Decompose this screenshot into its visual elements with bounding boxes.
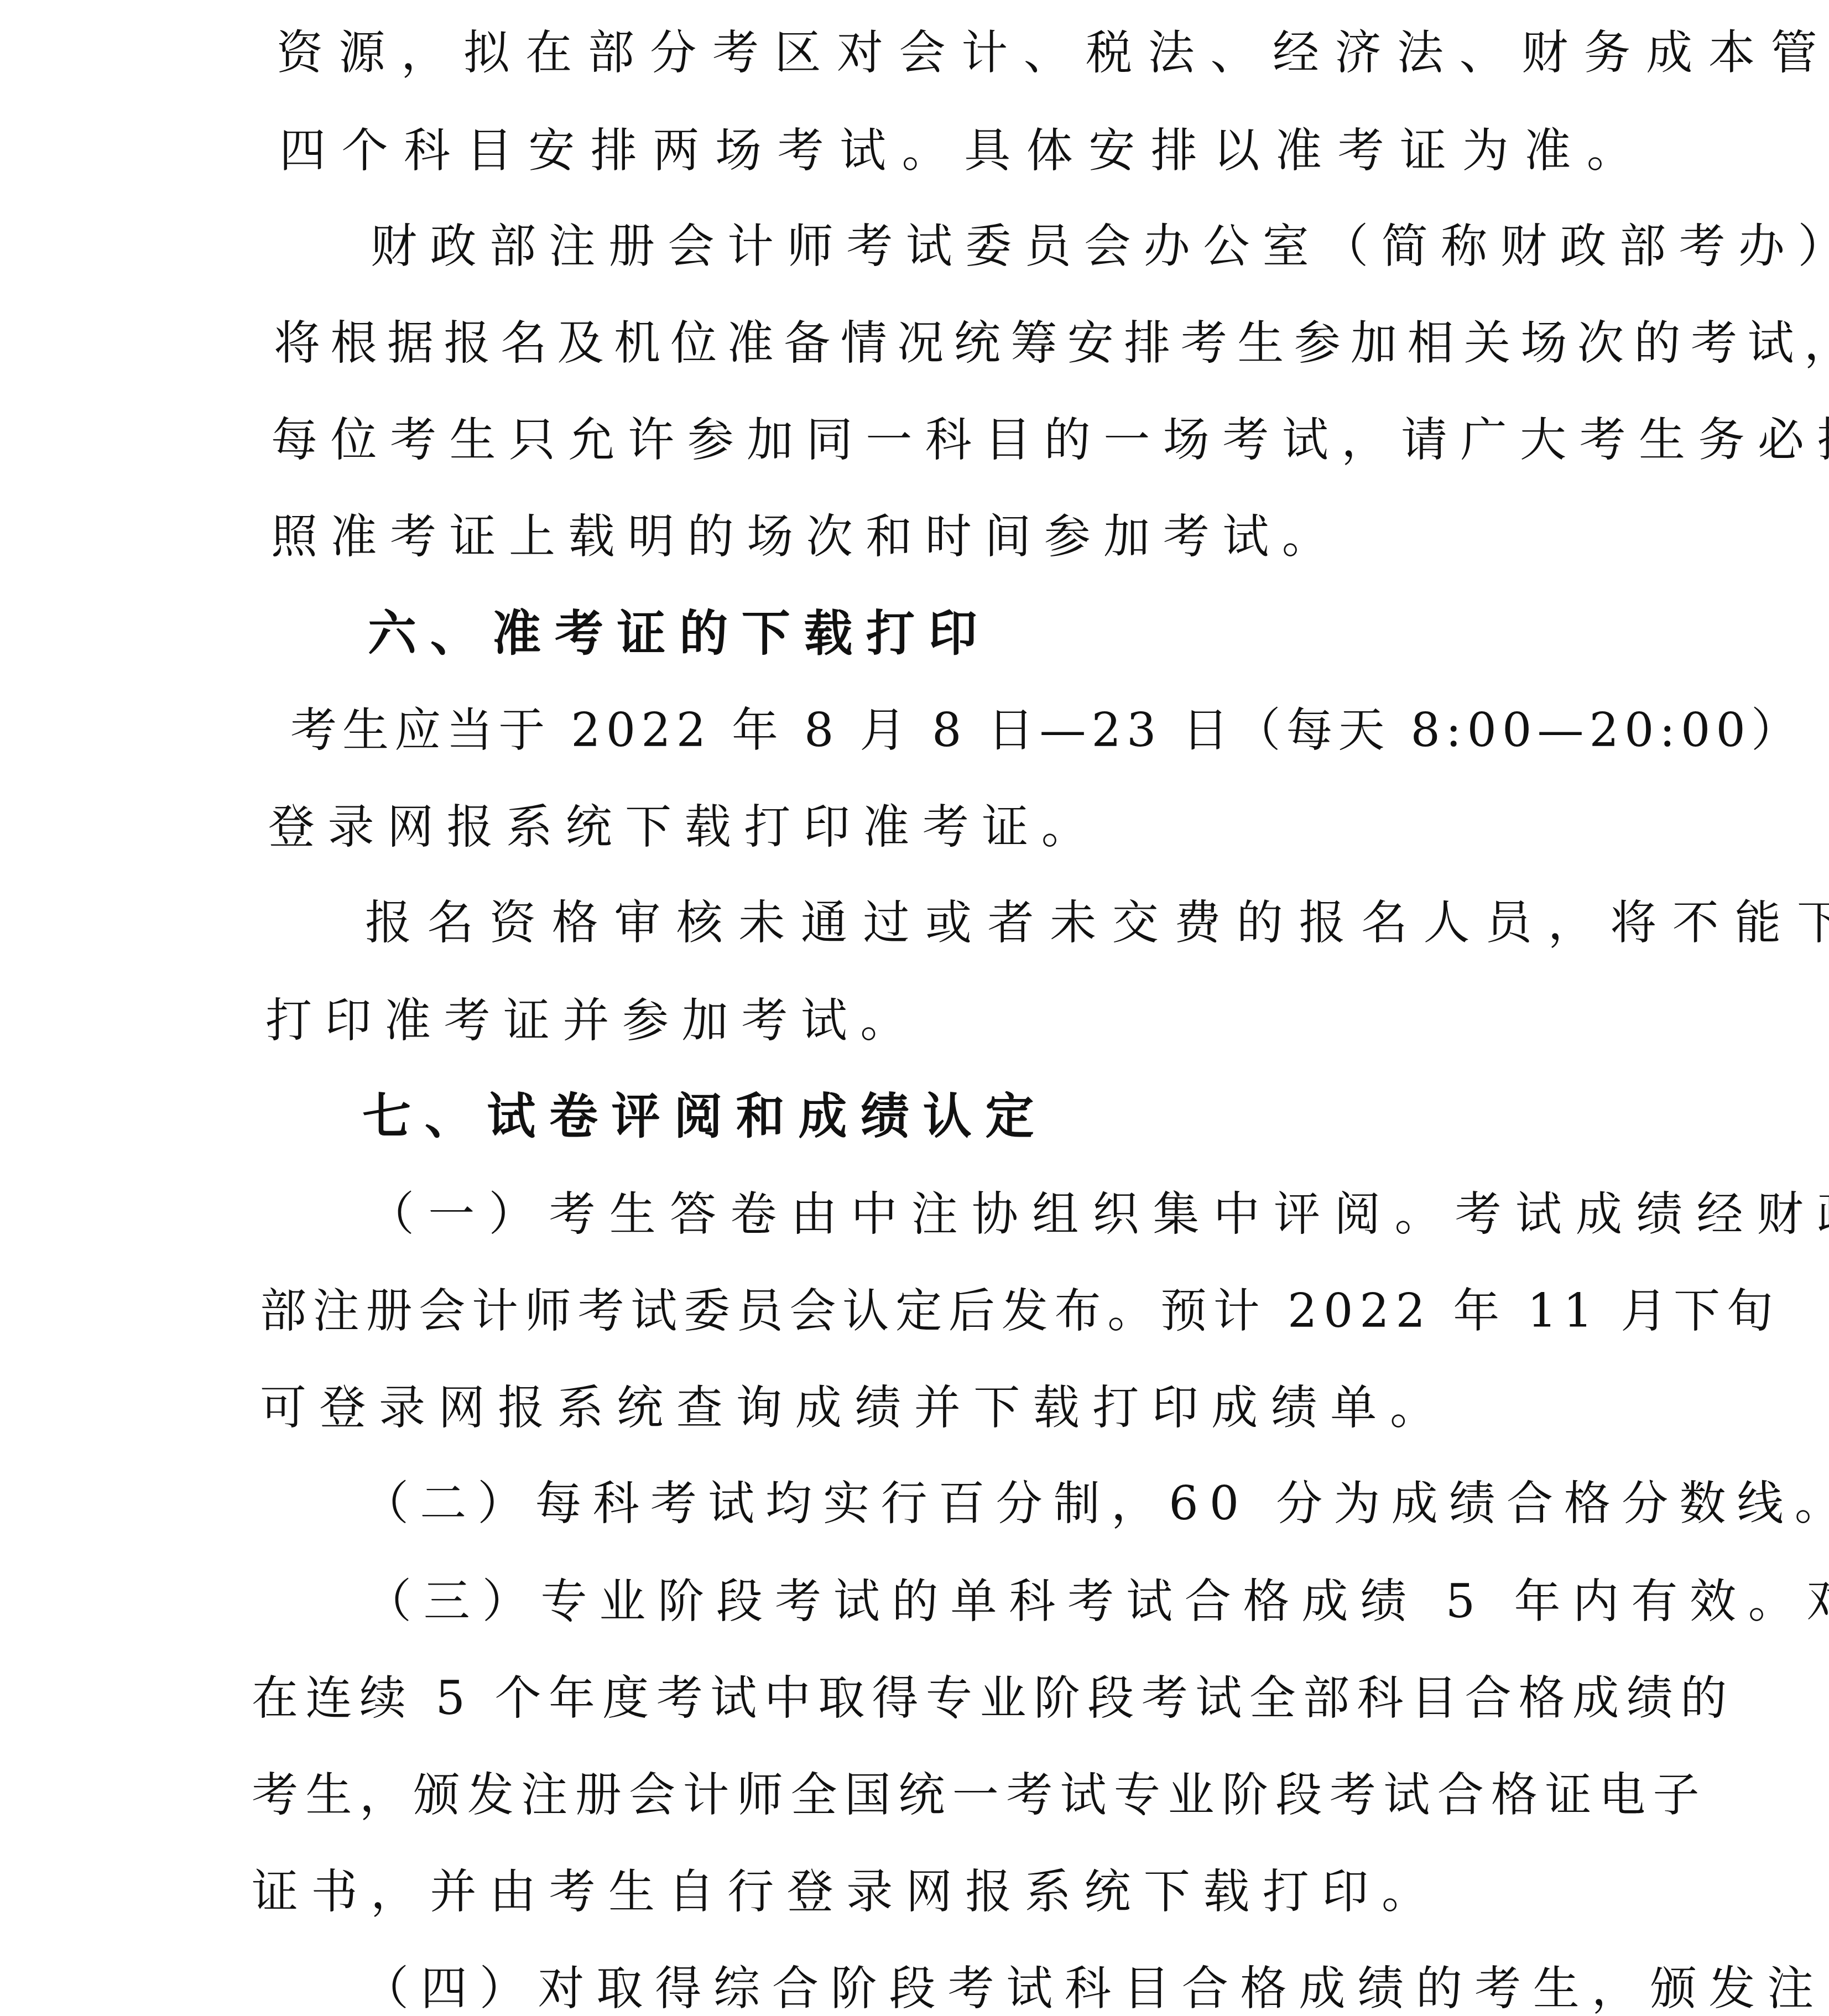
- paragraph-line: 可登录网报系统查询成绩并下载打印成绩单。: [260, 1380, 1449, 1435]
- paragraph-line: 在连续 5 个年度考试中取得专业阶段考试全部科目合格成绩的: [252, 1670, 1734, 1726]
- paragraph-line: （一）考生答卷由中注协组织集中评阅。考试成绩经财政: [368, 1186, 1829, 1242]
- paragraph-line: 四个科目安排两场考试。具体安排以准考证为准。: [279, 123, 1649, 178]
- section-heading-7: 七、试卷评阅和成绩认定: [362, 1088, 1048, 1144]
- paragraph-line: 报名资格审核未通过或者未交费的报名人员，将不能下载: [365, 895, 1829, 950]
- paragraph-line: 打印准考证并参加考试。: [265, 993, 920, 1048]
- section-heading-6: 六、准考证的下载打印: [368, 606, 991, 661]
- paragraph-line: 将根据报名及机位准备情况统筹安排考生参加相关场次的考试，: [274, 315, 1829, 371]
- document-page: 资源，拟在部分考区对会计、税法、经济法、财务成本管理等 四个科目安排两场考试。具…: [0, 0, 1829, 2016]
- paragraph-line: 每位考生只允许参加同一科目的一场考试，请广大考生务必按: [271, 412, 1829, 467]
- paragraph-line: 证书，并由考生自行登录网报系统下载打印。: [252, 1864, 1441, 1919]
- paragraph-line: 资源，拟在部分考区对会计、税法、经济法、财务成本管理等: [277, 25, 1829, 80]
- paragraph-line: 登录网报系统下载打印准考证。: [268, 799, 1101, 855]
- paragraph-line: （二）每科考试均实行百分制，60 分为成绩合格分数线。: [362, 1476, 1829, 1531]
- paragraph-line: 部注册会计师考试委员会认定后发布。预计 2022 年 11 月下旬: [260, 1283, 1780, 1338]
- paragraph-line: 财政部注册会计师考试委员会办公室（简称财政部考办）: [371, 218, 1829, 274]
- paragraph-line: 考生应当于 2022 年 8 月 8 日—23 日（每天 8:00—20:00）: [290, 702, 1803, 758]
- paragraph-line: 考生，颁发注册会计师全国统一考试专业阶段考试合格证电子: [252, 1767, 1707, 1822]
- paragraph-line: （三）专业阶段考试的单科考试合格成绩 5 年内有效。对: [365, 1574, 1829, 1629]
- paragraph-line: （四）对取得综合阶段考试科目合格成绩的考生，颁发注: [362, 1961, 1826, 2016]
- paragraph-line: 照准考证上载明的场次和时间参加考试。: [271, 509, 1341, 564]
